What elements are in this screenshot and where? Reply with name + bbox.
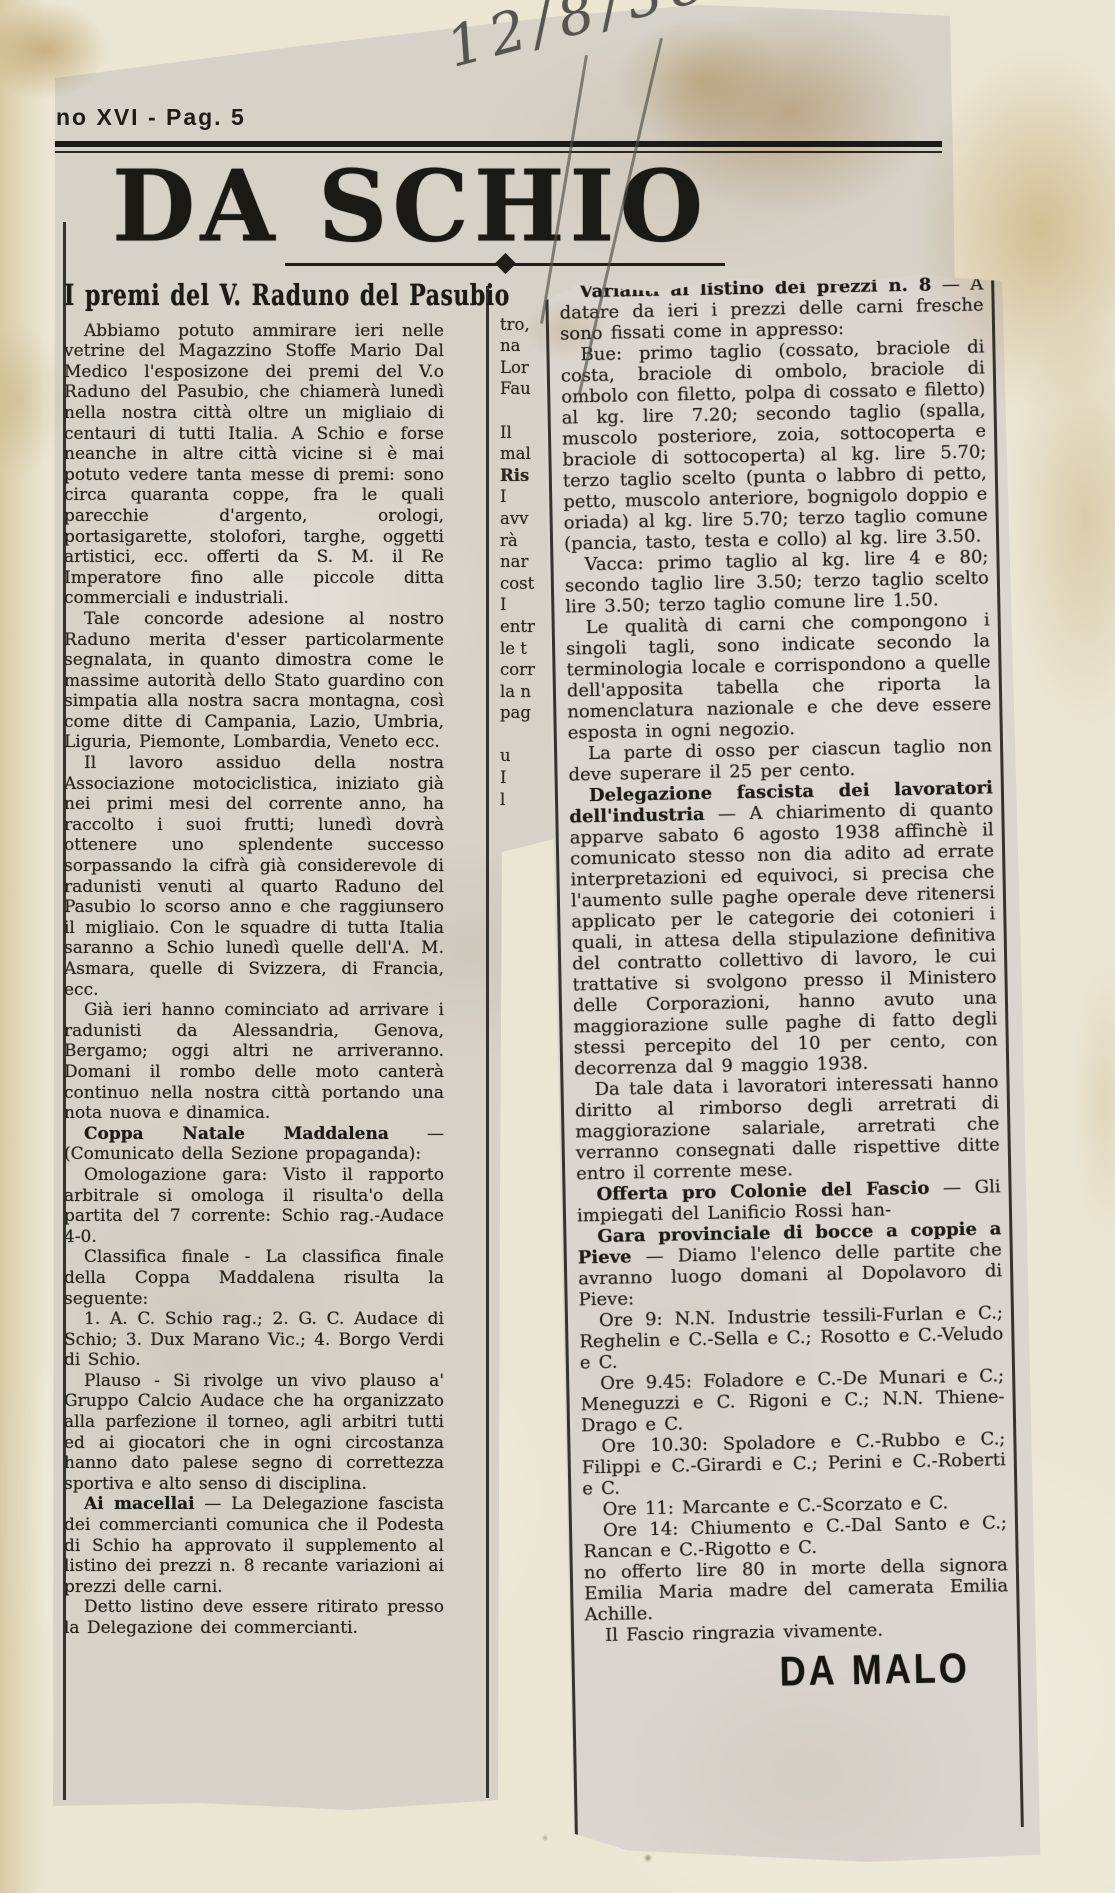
paragraph: no offerto lire 80 in morte della signor… <box>584 1554 1009 1625</box>
paragraph: Ore 10.30: Spoladore e C.-Rubbo e C.; Fi… <box>581 1428 1006 1499</box>
paragraph: Da tale data i lavoratori interessati ha… <box>574 1071 1000 1184</box>
paragraph: Il lavoro assiduo della nostra Associazi… <box>64 753 444 1000</box>
scanned-newspaper-page: no XVI - Pag. 5 DA SCHIO I premi del V. … <box>0 0 1115 1893</box>
fragment-bold-text: Ris <box>500 466 529 485</box>
article-lead-text: — Diamo l'elenco delle partite che avran… <box>578 1239 1002 1310</box>
paragraph: Tale concorde adesione al nostro Raduno … <box>64 609 444 753</box>
paragraph: Classifica finale - La classifica finale… <box>64 1247 444 1309</box>
article-title-macellai: Ai macellai <box>84 1494 195 1514</box>
article-title-coppa: Coppa Natale Maddalena <box>84 1124 389 1144</box>
column-rule-middle <box>486 286 489 1798</box>
article-title-pasubio: I premi del V. Raduno del Pasubio <box>64 283 444 310</box>
article-delegazione-lead: Delegazione fascista dei lavoratori dell… <box>569 777 999 1079</box>
paragraph: Ore 9: N.N. Industrie tessili-Furlan e C… <box>579 1302 1004 1373</box>
paragraph: Vacca: primo taglio al kg. lire 4 e 80; … <box>564 546 989 617</box>
fragment-text: I avv rà nar cost I entr le t corr la n … <box>500 487 535 808</box>
paragraph: Detto listino deve essere ritirato press… <box>64 1597 444 1638</box>
article-bocce-lead: Gara provinciale di bocce a coppie a Pie… <box>577 1218 1003 1310</box>
masthead-rule-thick <box>54 141 942 147</box>
page-title: DA SCHIO <box>65 149 755 264</box>
paragraph: Ore 9.45: Foladore e C.-De Munari e C.; … <box>580 1365 1005 1436</box>
paragraph: Omologazione gara: Visto il rapporto arb… <box>64 1165 444 1247</box>
article-coppa-lead: Coppa Natale Maddalena — (Comunicato del… <box>64 1124 444 1165</box>
paragraph: Abbiamo potuto ammirare ieri nelle vetri… <box>64 321 444 609</box>
article-lead-text: — A chiarimento di quanto apparve sabato… <box>570 798 998 1079</box>
paragraph: 1. A. C. Schio rag.; 2. G. C. Audace di … <box>64 1309 444 1371</box>
next-section-headline: DA MALO <box>779 1655 970 1683</box>
paragraph: Le qualità di carni che compongono i sin… <box>566 609 992 743</box>
paragraph: Bue: primo taglio (cossato, braciole di … <box>560 336 988 554</box>
newspaper-clipping-right: Varianti al listino dei prezzi n. 8 — A … <box>538 269 1043 1874</box>
paragraph: Plauso - Si rivolge un vivo plauso a' Gr… <box>64 1371 444 1495</box>
edition-page-label: no XVI - Pag. 5 <box>56 104 246 131</box>
paragraph: Già ieri hanno cominciato ad arrivare i … <box>64 1000 444 1124</box>
article-macellai-lead: Ai macellai — La Delegazione fascista de… <box>64 1494 444 1597</box>
right-column: Varianti al listino dei prezzi n. 8 — A … <box>559 273 1010 1685</box>
fragment-text: tro, na Lor Fau Il mal <box>500 315 531 464</box>
left-column: I premi del V. Raduno del Pasubio Abbiam… <box>64 286 444 1639</box>
